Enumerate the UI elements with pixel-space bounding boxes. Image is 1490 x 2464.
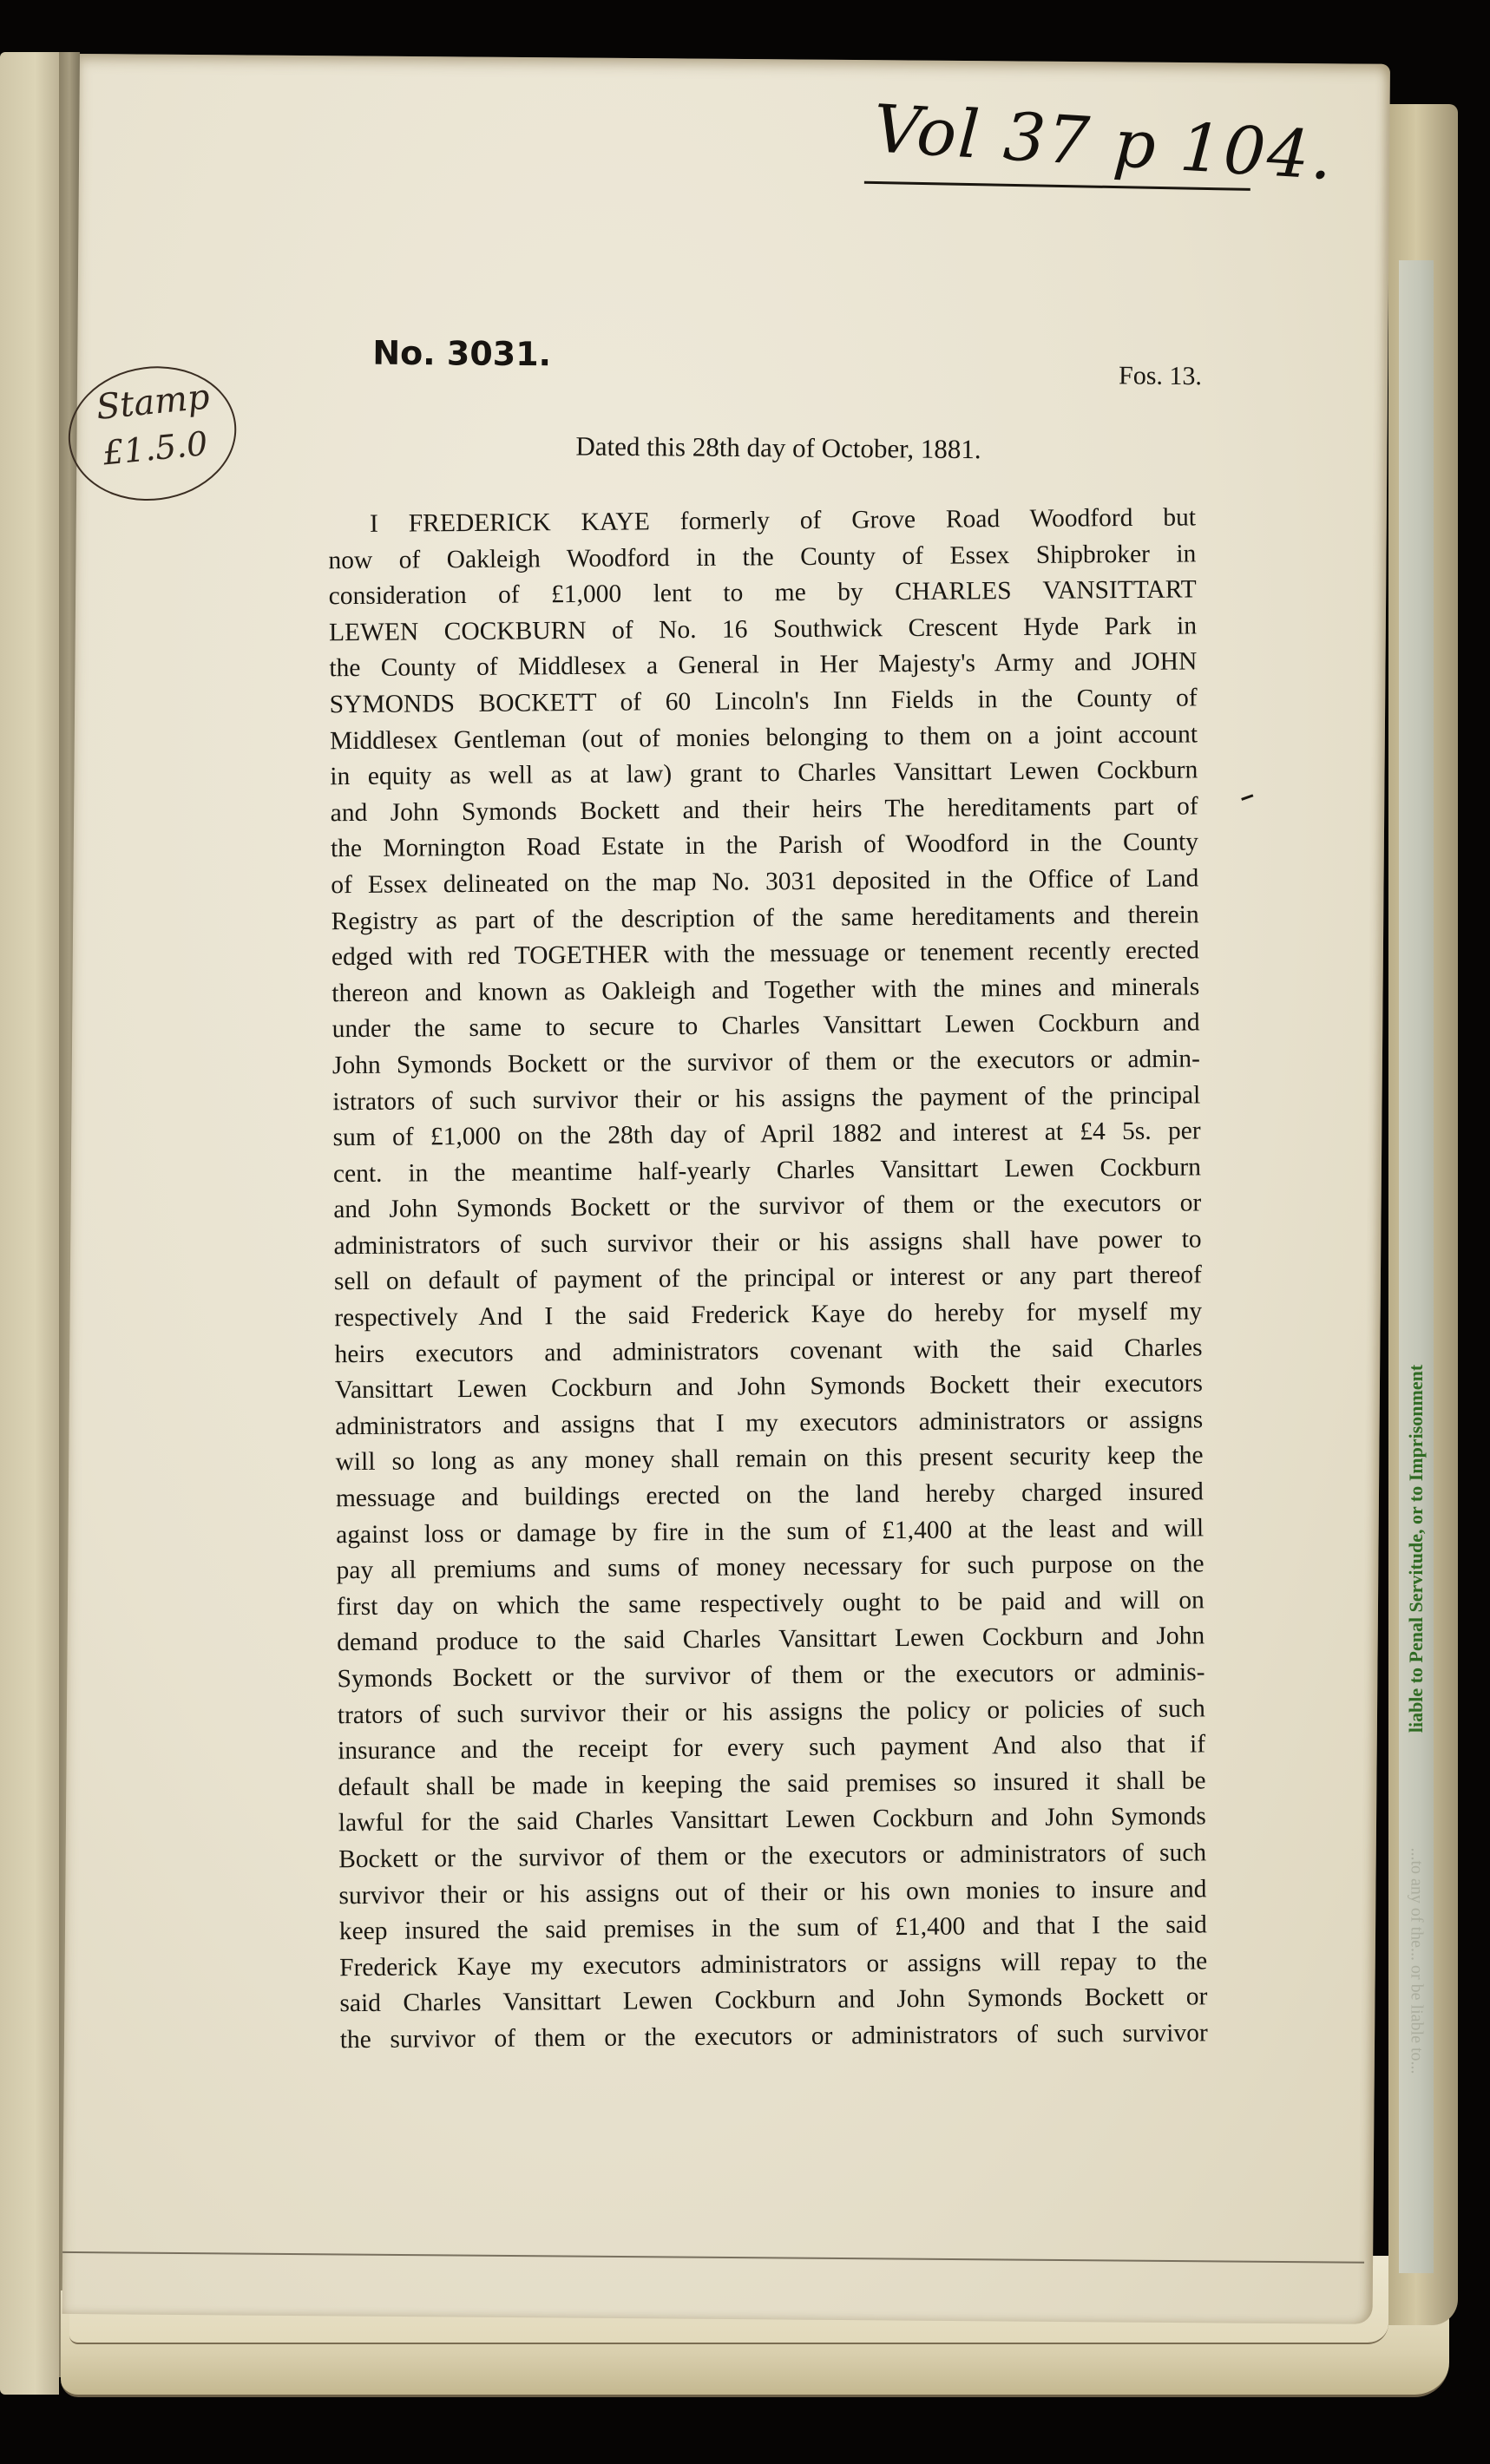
margin-mark xyxy=(1241,794,1253,801)
deed-body: I FREDERICK KAYE formerly of Grove Road … xyxy=(328,500,1208,2058)
document-number: No. 3031. xyxy=(372,334,551,374)
left-facing-page xyxy=(0,52,59,2395)
body-line: the survivor of them or the executors or… xyxy=(340,2015,1208,2058)
body-line: respectively And I the said Frederick Ka… xyxy=(334,1294,1202,1336)
body-line: Bockett or the survivor of them or the e… xyxy=(338,1835,1206,1877)
book-scan: liable to Penal Servitude, or to Impriso… xyxy=(0,0,1490,2464)
slip-mirrored-text: ...to any of the... or be liable to... xyxy=(1407,1847,1427,2074)
body-line: John Symonds Bockett or the survivor of … xyxy=(332,1041,1200,1084)
body-line: SYMONDS BOCKETT of 60 Lincoln's Inn Fiel… xyxy=(330,680,1198,723)
body-line: edged with red TOGETHER with the messuag… xyxy=(331,934,1199,976)
document-page: Vol 37 p 104. Stamp £1.5.0 No. 3031. Fos… xyxy=(62,54,1390,2324)
body-line: messuage and buildings erected on the la… xyxy=(336,1474,1204,1517)
handwritten-volume-reference: Vol 37 p 104. xyxy=(871,89,1336,194)
folio-count: Fos. 13. xyxy=(1119,361,1202,391)
body-line: I FREDERICK KAYE formerly of Grove Road … xyxy=(328,500,1196,542)
body-line: sum of £1,000 on the 28th day of April 1… xyxy=(332,1113,1200,1156)
document-date: Dated this 28th day of October, 1881. xyxy=(575,431,981,466)
slip-warning-text: liable to Penal Servitude, or to Impriso… xyxy=(1405,1365,1428,1733)
body-line: Symonds Bockett or the survivor of them … xyxy=(337,1655,1204,1697)
slip-faded-text: ...to any of the... or be liable to... xyxy=(1399,1692,1434,2230)
page-bottom-rule xyxy=(62,2251,1364,2264)
body-line: of Essex delineated on the map No. 3031 … xyxy=(331,861,1198,903)
slip-printed-text: liable to Penal Servitude, or to Impriso… xyxy=(1399,1406,1434,1692)
